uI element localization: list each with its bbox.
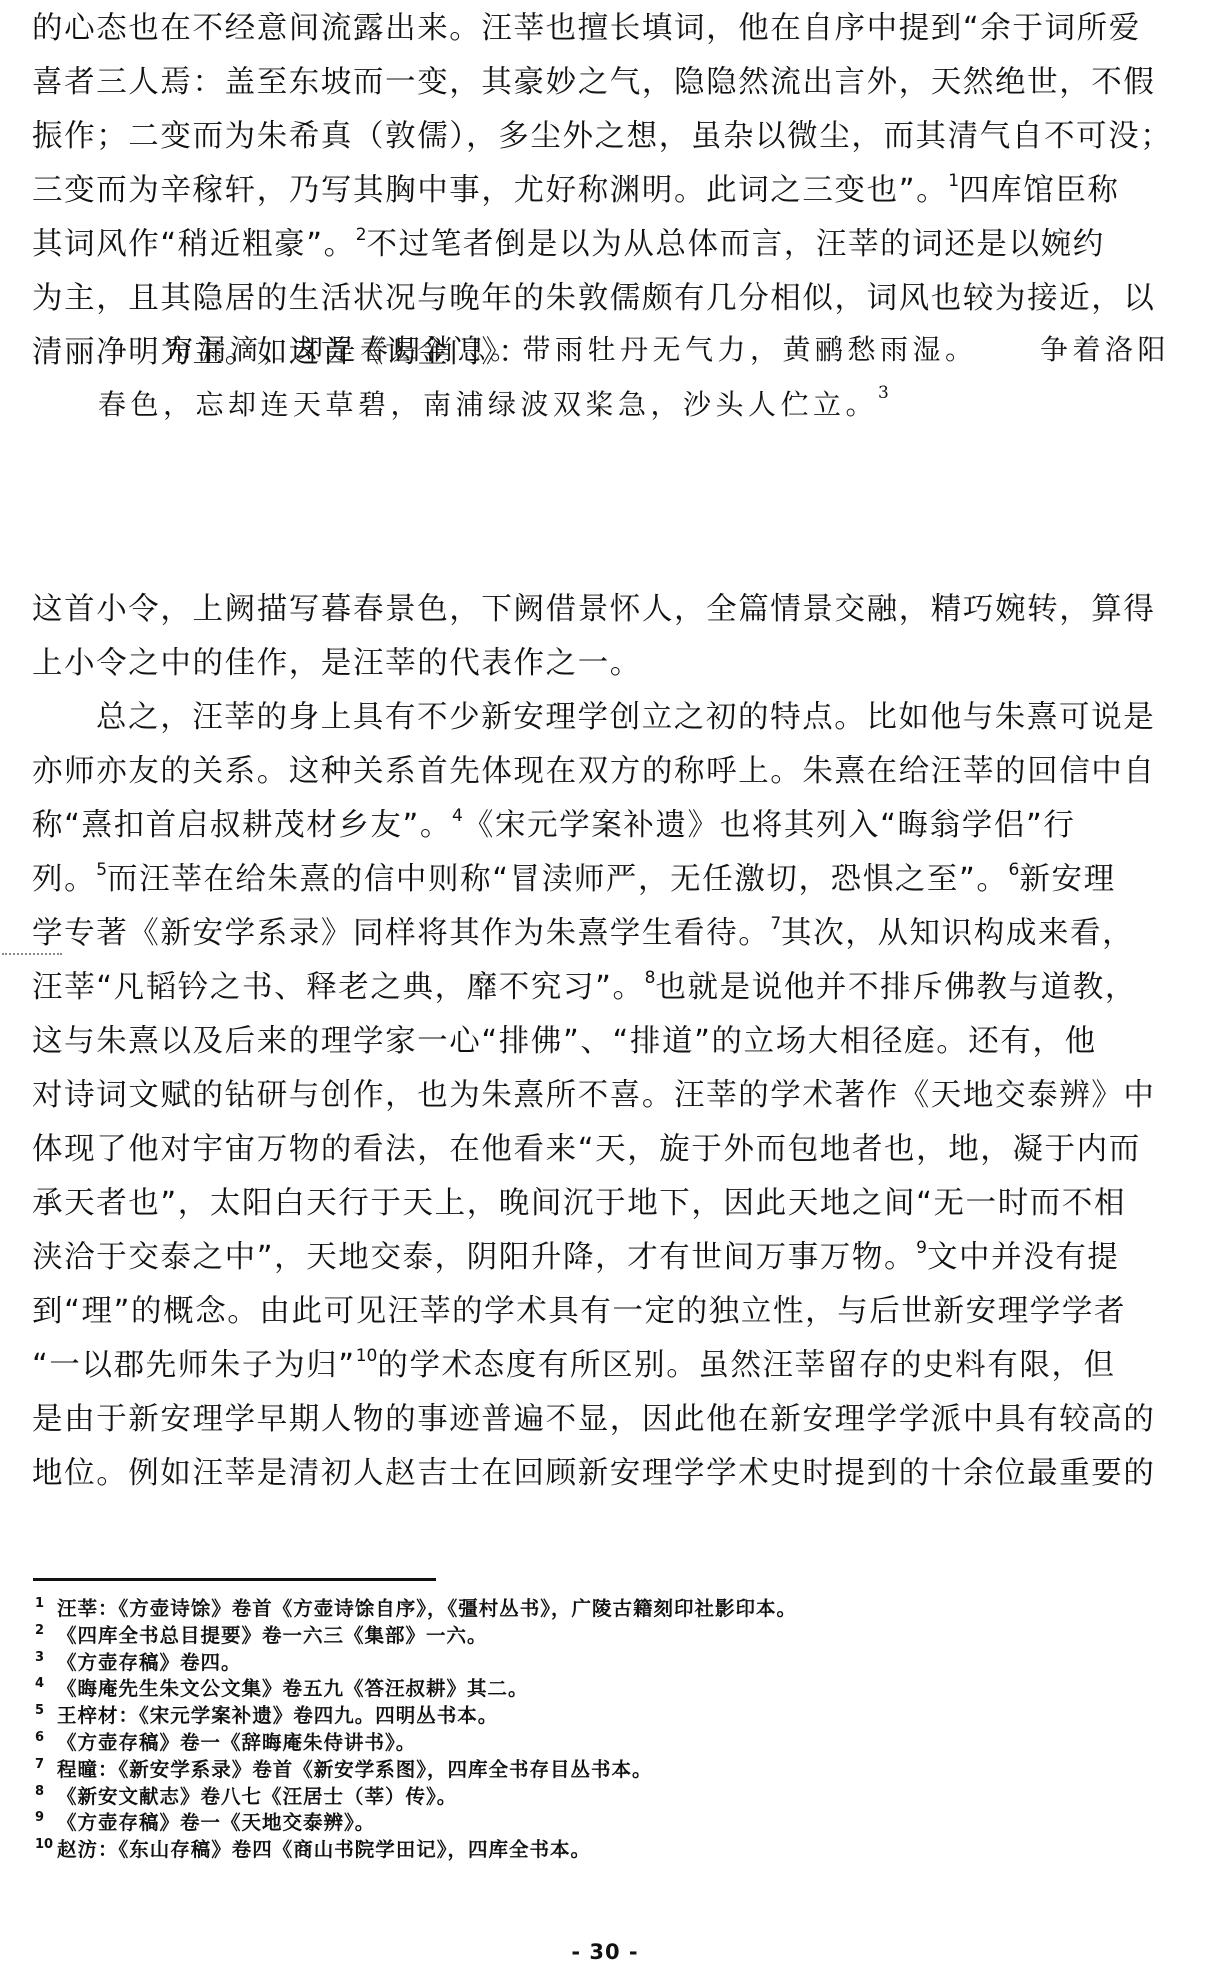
text-line: 总之，汪莘的身上具有不少新安理学创立之初的特点。比如他与朱熹可说是 — [32, 691, 1182, 745]
text-segment: 春色，忘却连天草碧，南浦绿波双桨急，沙头人伫立。 — [98, 388, 878, 421]
text-line: 这与朱熹以及后来的理学家一心“排佛”、“排道”的立场大相径庭。还有，他 — [32, 1015, 1182, 1069]
footnote-item-7: 7程曈：《新安学系录》卷首《新安学系图》，四库全书存目丛书本。 — [35, 1757, 1185, 1784]
footnote-item-6: 6《方壶存稿》卷一《辞晦庵朱侍讲书》。 — [35, 1730, 1185, 1757]
poem-line-1-tail: 争着洛阳 — [1040, 322, 1170, 377]
text-line: 上小令之中的佳作，是汪莘的代表作之一。 — [32, 637, 1182, 691]
text-line: 三变而为辛稼轩，乃写其胸中事，尤好称渊明。此词之三变也”。1四库馆臣称 — [32, 164, 1182, 218]
text-line: 对诗词文赋的钻研与创作，也为朱熹所不喜。汪莘的学术著作《天地交泰辨》中 — [32, 1069, 1182, 1123]
footnote-text: 《新安文献志》卷八七《汪居士（莘）传》。 — [57, 1785, 457, 1808]
text-line: “一以郡先师朱子为归”10的学术态度有所区别。虽然汪莘留存的史料有限，但 — [32, 1339, 1182, 1393]
text-line: 到“理”的概念。由此可见汪莘的学术具有一定的独立性，与后世新安理学学者 — [32, 1285, 1182, 1339]
footnote-item-9: 9《方壶存稿》卷一《天地交泰辨》。 — [35, 1810, 1185, 1837]
footnote-item-4: 4《晦庵先生朱文公文集》卷五九《答汪叔耕》其二。 — [35, 1676, 1185, 1703]
text-line: 称“熹扣首启叔耕茂材乡友”。4《宋元学案补遗》也将其列入“晦翁学侣”行 — [32, 799, 1182, 853]
footnote-text: 《方壶存稿》卷一《天地交泰辨》。 — [57, 1811, 375, 1834]
footnote-item-8: 8《新安文献志》卷八七《汪居士（莘）传》。 — [35, 1784, 1185, 1811]
footnote-ref-9[interactable]: 9 — [916, 1238, 927, 1258]
text-segment: 其次，从知识构成来看， — [781, 916, 1134, 951]
text-segment: 新安理 — [1019, 862, 1115, 897]
footnote-ref-2[interactable]: 2 — [356, 225, 367, 245]
text-line: 亦师亦友的关系。这种关系首先体现在双方的称呼上。朱熹在给汪莘的回信中自 — [32, 745, 1182, 799]
footnote-ref-6[interactable]: 6 — [1009, 860, 1020, 880]
footnote-item-10: 10赵汸：《东山存稿》卷四《商山书院学田记》，四库全书本。 — [35, 1837, 1185, 1864]
document-page: 的心态也在不经意间流露出来。汪莘也擅长填词，他在自序中提到“余于词所爱 喜者三人… — [0, 0, 1210, 1986]
footnotes-list: 1汪莘：《方壶诗馀》卷首《方壶诗馀自序》，《彊村丛书》，广陵古籍刻印社影印本。 … — [35, 1596, 1185, 1864]
text-segment: 汪莘“凡韬钤之书、释老之典，靡不究习”。 — [32, 970, 645, 1005]
text-line: 列。5而汪莘在给朱熹的信中则称“冒渎师严，无任激切，恐惧之至”。6新安理 — [32, 853, 1182, 907]
text-segment: 三变而为辛稼轩，乃写其胸中事，尤好称渊明。此词之三变也”。 — [32, 173, 948, 208]
text-line: 喜者三人焉：盖至东坡而一变，其豪妙之气，隐隐然流出言外，天然绝世，不假 — [32, 56, 1182, 110]
text-line: 的心态也在不经意间流露出来。汪莘也擅长填词，他在自序中提到“余于词所爱 — [32, 2, 1182, 56]
footnote-item-1: 1汪莘：《方壶诗馀》卷首《方壶诗馀自序》，《彊村丛书》，广陵古籍刻印社影印本。 — [35, 1596, 1185, 1623]
footnote-ref-1[interactable]: 1 — [948, 171, 959, 191]
text-segment: 其词风作“稍近粗豪”。 — [32, 227, 356, 262]
footnote-ref-10[interactable]: 10 — [356, 1346, 378, 1366]
text-segment: 而汪莘在给朱熹的信中则称“冒渎师严，无任激切，恐惧之至”。 — [107, 862, 1009, 897]
footnote-ref-3[interactable]: 3 — [878, 383, 889, 403]
footnote-ref-7[interactable]: 7 — [770, 914, 781, 934]
footnote-item-5: 5王梓材：《宋元学案补遗》卷四九。四明丛书本。 — [35, 1703, 1185, 1730]
text-line: 学专著《新安学系录》同样将其作为朱熹学生看待。7其次，从知识构成来看， — [32, 907, 1182, 961]
text-line: 体现了他对宇宙万物的看法，在他看来“天，旋于外而包地者也，地，凝于内而 — [32, 1123, 1182, 1177]
text-segment: 也就是说他并不排斥佛教与道教， — [655, 970, 1137, 1005]
poem-line-2: 春色，忘却连天草碧，南浦绿波双桨急，沙头人伫立。3 — [98, 377, 889, 432]
footnote-text: 《方壶存稿》卷四。 — [57, 1651, 242, 1674]
text-segment: 不过笔者倒是以为从总体而言，汪莘的词还是以婉约 — [367, 227, 1105, 262]
text-line: 振作；二变而为朱希真（敦儒），多尘外之想，虽杂以微尘，而其清气自不可没； — [32, 110, 1182, 164]
footnote-text: 汪莘：《方壶诗馀》卷首《方壶诗馀自序》，《彊村丛书》，广陵古籍刻印社影印本。 — [57, 1597, 797, 1620]
footnote-text: 《四库全书总目提要》卷一六三《集部》一六。 — [57, 1624, 488, 1647]
paragraph-2: 这首小令，上阙描写暮春景色，下阙借景怀人，全篇情景交融，精巧婉转，算得 上小令之… — [32, 583, 1182, 1501]
footnote-text: 王梓材：《宋元学案补遗》卷四九。四明丛书本。 — [57, 1704, 498, 1727]
text-segment: 文中并没有提 — [927, 1240, 1120, 1275]
scan-artifact — [2, 951, 62, 955]
text-segment: 《宋元学案补遗》也将其列入“晦翁学侣”行 — [463, 808, 1076, 843]
footnote-text: 《晦庵先生朱文公文集》卷五九《答汪叔耕》其二。 — [57, 1677, 529, 1700]
text-line: 为主，且其隐居的生活状况与晚年的朱敦儒颇有几分相似，词风也较为接近，以 — [32, 272, 1182, 326]
footnote-divider — [33, 1578, 436, 1581]
text-segment: 四库馆臣称 — [959, 173, 1120, 208]
text-line: 承天者也”，太阳白天行于天上，晚间沉于地下，因此天地之间“无一时而不相 — [32, 1177, 1182, 1231]
text-segment: 学专著《新安学系录》同样将其作为朱熹学生看待。 — [32, 916, 770, 951]
footnote-ref-8[interactable]: 8 — [645, 968, 656, 988]
text-line: 这首小令，上阙描写暮春景色，下阙借景怀人，全篇情景交融，精巧婉转，算得 — [32, 583, 1182, 637]
footnote-item-3: 3《方壶存稿》卷四。 — [35, 1650, 1185, 1677]
text-segment: 称“熹扣首启叔耕茂材乡友”。 — [32, 808, 452, 843]
text-segment: “一以郡先师朱子为归” — [32, 1348, 356, 1383]
footnote-ref-4[interactable]: 4 — [452, 806, 463, 826]
text-line: 是由于新安理学早期人物的事迹普遍不显，因此他在新安理学学派中具有较高的 — [32, 1393, 1182, 1447]
text-line: 浃洽于交泰之中”，天地交泰，阴阳升降，才有世间万事万物。9文中并没有提 — [32, 1231, 1182, 1285]
text-segment: 的学术态度有所区别。虽然汪莘留存的史料有限，但 — [377, 1348, 1115, 1383]
footnote-item-2: 2《四库全书总目提要》卷一六三《集部》一六。 — [35, 1623, 1185, 1650]
page-number: - 30 - — [0, 1940, 1210, 1964]
footnote-ref-5[interactable]: 5 — [96, 860, 107, 880]
text-segment: 列。 — [32, 862, 96, 897]
text-line: 地位。例如汪莘是清初人赵吉士在回顾新安理学学术史时提到的十余位最重要的 — [32, 1447, 1182, 1501]
footnote-text: 赵汸：《东山存稿》卷四《商山书院学田记》，四库全书本。 — [57, 1838, 591, 1861]
poem-line-1: 帘漏滴，却是春归消息。带雨牡丹无气力，黄鹂愁雨湿。 — [165, 322, 978, 377]
footnote-text: 程曈：《新安学系录》卷首《新安学系图》，四库全书存目丛书本。 — [57, 1758, 653, 1781]
text-line: 其词风作“稍近粗豪”。2不过笔者倒是以为从总体而言，汪莘的词还是以婉约 — [32, 218, 1182, 272]
text-line: 汪莘“凡韬钤之书、释老之典，靡不究习”。8也就是说他并不排斥佛教与道教， — [32, 961, 1182, 1015]
footnote-text: 《方壶存稿》卷一《辞晦庵朱侍讲书》。 — [57, 1731, 416, 1754]
text-segment: 浃洽于交泰之中”，天地交泰，阴阳升降，才有世间万事万物。 — [32, 1240, 916, 1275]
